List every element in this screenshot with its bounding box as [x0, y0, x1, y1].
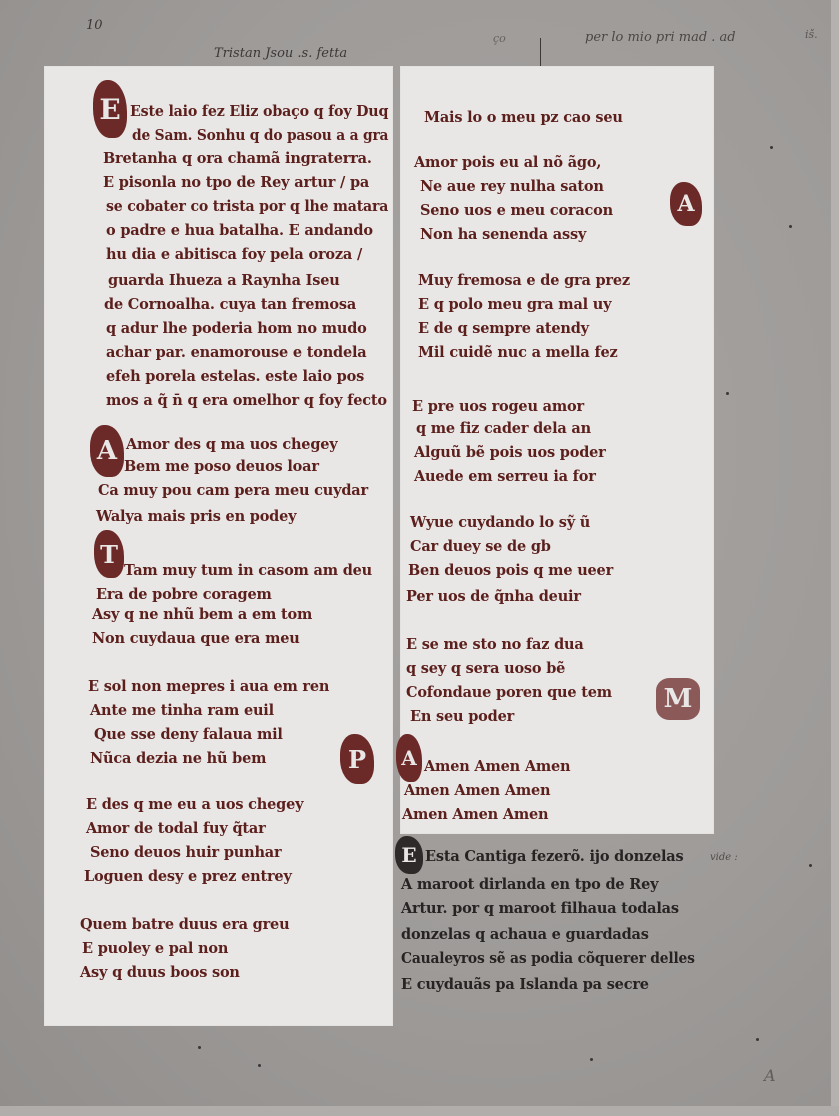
text-line: Amor pois eu al nõ ãgo,: [414, 154, 601, 171]
text-line: Tam muy tum in casom am deu: [124, 562, 372, 579]
top-note: ço: [493, 32, 506, 45]
side-note: vide :: [710, 852, 738, 863]
text-line: q me fiz cader dela an: [416, 420, 591, 437]
ink-speck: [789, 225, 792, 228]
page-edge-right: [831, 0, 839, 1116]
text-line: Bretanha q ora chamã ingraterra.: [103, 150, 372, 167]
text-line: Bem me poso deuos loar: [124, 458, 319, 475]
text-line: E se me sto no faz dua: [406, 636, 584, 653]
text-line: Wyue cuydando lo sỹ ũ: [410, 514, 590, 531]
text-line: Amen Amen Amen: [402, 806, 548, 823]
text-line: q adur lhe poderia hom no mudo: [106, 320, 367, 337]
text-line: Auede em serreu ia for: [414, 468, 596, 485]
text-line: Asy q ne nhũ bem a em tom: [92, 606, 312, 623]
top-note: per lo mio pri mad . ad: [585, 30, 736, 45]
text-line: Que sse deny falaua mil: [94, 726, 283, 743]
text-line: Cofondaue poren que tem: [406, 684, 612, 701]
text-line: E pisonla no tpo de Rey artur / pa: [103, 174, 369, 191]
text-line: Seno uos e meu coracon: [420, 202, 613, 219]
ink-speck: [590, 1058, 593, 1061]
page-heading: Tristan Jsou .s. fetta: [214, 46, 347, 61]
colophon-initial-e: E: [395, 836, 423, 874]
colophon-line: A maroot dirlanda en tpo de Rey: [401, 876, 658, 893]
ink-speck: [770, 146, 773, 149]
text-line: En seu poder: [410, 708, 514, 725]
manuscript-page: 10 Tristan Jsou .s. fetta ço per lo mio …: [0, 0, 839, 1116]
text-line: E puoley e pal non: [82, 940, 228, 957]
text-line: o padre e hua batalha. E andando: [106, 222, 373, 239]
text-line: guarda Ihueza a Raynha Iseu: [108, 272, 340, 289]
text-line: Quem batre duus era greu: [80, 916, 289, 933]
text-line: Seno deuos huir punhar: [90, 844, 281, 861]
text-line: se cobater co trista por q lhe matara: [106, 198, 388, 215]
text-line: mos a q̃ n̄ q era omelhor q foy fecto: [106, 392, 387, 409]
text-line: E pre uos rogeu amor: [412, 398, 584, 415]
text-line: Non ha senenda assy: [420, 226, 586, 243]
text-line: Walya mais pris en podey: [96, 508, 296, 525]
text-line: Per uos de q̃nha deuir: [406, 588, 581, 605]
folio-number: 10: [86, 18, 103, 33]
stanza-initial-n-margin: A: [670, 182, 702, 226]
text-line: Alguũ bẽ pois uos poder: [414, 444, 606, 461]
text-line: de Sam. Sonhu q do pasou a a gra: [132, 127, 388, 144]
text-line: E de q sempre atendy: [418, 320, 589, 337]
text-line: Mil cuidẽ nuc a mella fez: [418, 344, 618, 361]
text-line: Ne aue rey nulha saton: [420, 178, 604, 195]
corner-mark: A: [764, 1066, 776, 1085]
text-line: efeh porela estelas. este laio pos: [106, 368, 364, 385]
colophon-line: donzelas q achaua e guardadas: [401, 926, 649, 943]
ink-speck: [198, 1046, 201, 1049]
text-line: Ben deuos pois q me ueer: [408, 562, 613, 579]
text-line: Nũca dezia ne hũ bem: [90, 750, 266, 767]
colophon-line: Esta Cantiga fezerõ. ijo donzelas: [425, 848, 683, 865]
colophon-line: Artur. por q maroot filhaua todalas: [401, 900, 679, 917]
ink-speck: [756, 1038, 759, 1041]
text-line: Amor de todal fuy q̃tar: [86, 820, 266, 837]
text-line: E des q me eu a uos chegey: [86, 796, 303, 813]
page-edge-bottom: [0, 1106, 839, 1116]
text-line: Asy q duus boos son: [80, 964, 240, 981]
text-line: Loguen desy e prez entrey: [84, 868, 292, 885]
stanza-initial-m-margin: M: [656, 678, 700, 720]
colophon-line: Caualeyros sẽ as podia cõquerer delles: [401, 950, 695, 967]
ink-speck: [809, 864, 812, 867]
text-line: E q polo meu gra mal uy: [418, 296, 611, 313]
colophon-line: E cuydauãs pa Islanda pa secre: [401, 976, 649, 993]
text-line: Mais lo o meu pz cao seu: [424, 109, 623, 126]
text-line: Amen Amen Amen: [424, 758, 570, 775]
text-line: Muy fremosa e de gra prez: [418, 272, 630, 289]
text-line: Este laio fez Eliz obaço q foy Duq: [130, 103, 388, 120]
text-line: Car duey se de gb: [410, 538, 551, 555]
text-line: Era de pobre coragem: [96, 586, 272, 603]
text-line: Non cuydaua que era meu: [92, 630, 300, 647]
text-line: Ante me tinha ram euil: [90, 702, 274, 719]
ink-speck: [258, 1064, 261, 1067]
text-line: achar par. enamorouse e tondela: [106, 344, 367, 361]
ink-speck: [726, 392, 729, 395]
text-line: E sol non mepres i aua em ren: [88, 678, 329, 695]
text-line: Amen Amen Amen: [404, 782, 550, 799]
text-line: Amor des q ma uos chegey: [126, 436, 338, 453]
top-note: iš.: [805, 28, 818, 41]
text-line: Ca muy pou cam pera meu cuydar: [98, 482, 368, 499]
text-line: de Cornoalha. cuya tan fremosa: [104, 296, 356, 313]
text-line: hu dia e abitisca foy pela oroza /: [106, 246, 362, 263]
text-line: q sey q sera uoso bẽ: [406, 660, 565, 677]
